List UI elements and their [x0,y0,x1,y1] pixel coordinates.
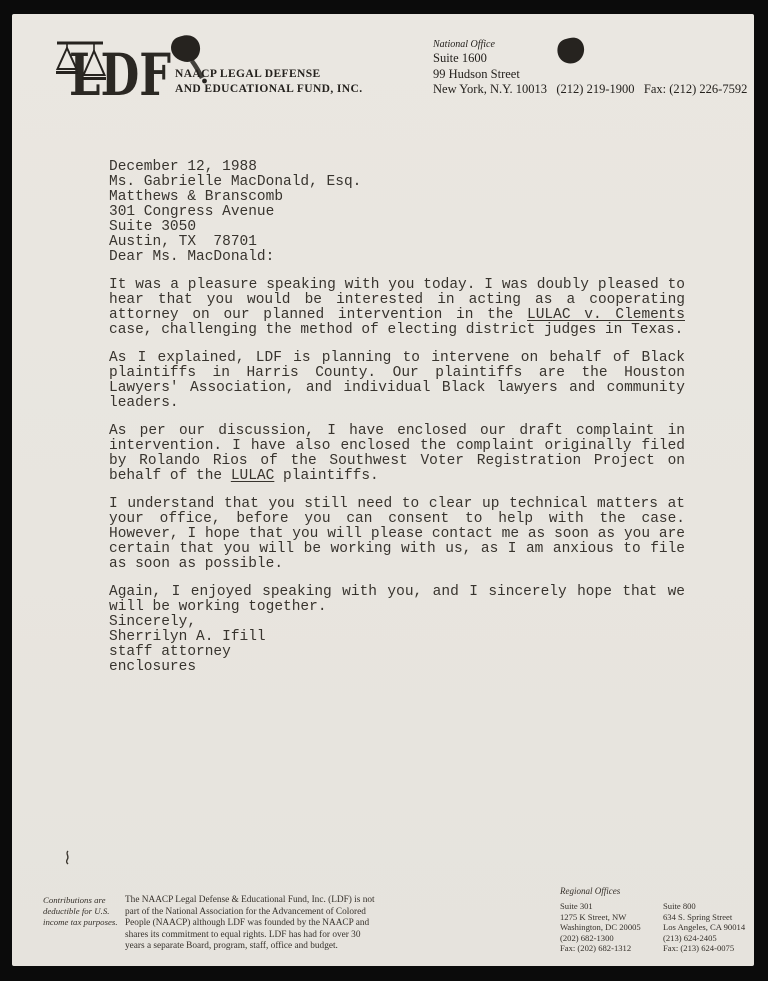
national-office-block: National Office Suite 1600 99 Hudson Str… [433,38,747,98]
text-line: Suite 301 [560,901,651,912]
signature-title: staff attorney [109,645,685,660]
letter-paragraph: I understand that you still need to clea… [109,497,685,572]
regional-office-losangeles: Suite 800634 S. Spring StreetLos Angeles… [663,901,754,954]
text-line: Fax: (202) 682-1312 [560,943,651,954]
scan-background: { "letterhead": { "logo_text": "LDF", "o… [0,0,768,981]
letter-body: December 12, 1988 Ms. Gabrielle MacDonal… [109,160,685,675]
org-name: NAACP LEGAL DEFENSE AND EDUCATIONAL FUND… [175,67,363,97]
text-line: 634 S. Spring Street [663,912,754,923]
text-line: Ms. Gabrielle MacDonald, Esq. [109,175,685,190]
paragraph-text: plaintiffs. [274,468,378,484]
regional-offices-block: Regional Offices Suite 3011275 K Street,… [560,886,754,954]
org-name-line2: AND EDUCATIONAL FUND, INC. [175,82,363,97]
text-line: (213) 624-2405 [663,933,754,944]
text-line: Suite 800 [663,901,754,912]
paragraph-text: I understand that you still need to clea… [109,496,685,572]
office-suite: Suite 1600 [433,51,747,67]
ink-blot-header [555,37,587,67]
footer-disclaimer: The NAACP Legal Defense & Educational Fu… [125,895,379,953]
letter-paragraph: Again, I enjoyed speaking with you, and … [109,585,685,615]
text-line: Washington, DC 20005 [560,922,651,933]
paragraph-text: Again, I enjoyed speaking with you, and … [109,584,685,615]
office-city-phone-fax: New York, N.Y. 10013 (212) 219-1900 Fax:… [433,82,747,98]
ldf-scales-logo: LDF [55,38,173,102]
letter-date: December 12, 1988 [109,160,685,175]
letter-paragraph: As per our discussion, I have enclosed o… [109,424,685,484]
regional-offices-label: Regional Offices [560,886,754,896]
paragraph-text: As I explained, LDF is planning to inter… [109,350,685,411]
ldf-logo-graphic: LDF [55,38,173,102]
text-line: 1275 K Street, NW [560,912,651,923]
national-office-label: National Office [433,38,747,51]
salutation: Dear Ms. MacDonald: [109,250,685,265]
signature-name: Sherrilyn A. Ifill [109,630,685,645]
text-line: Los Angeles, CA 90014 [663,922,754,933]
text-line: Austin, TX 78701 [109,235,685,250]
text-line: (202) 682-1300 [560,933,651,944]
text-line: 301 Congress Avenue [109,205,685,220]
paragraph-text: As per our discussion, I have enclosed o… [109,423,685,484]
text-line: Matthews & Branscomb [109,190,685,205]
letter-paragraph: It was a pleasure speaking with you toda… [109,278,685,338]
text-line: Fax: (213) 624-0075 [663,943,754,954]
pen-mark [62,850,74,866]
text-line: Suite 3050 [109,220,685,235]
enclosures-note: enclosures [109,660,685,675]
regional-office-washington: Suite 3011275 K Street, NWWashington, DC… [560,901,651,954]
org-name-line1: NAACP LEGAL DEFENSE [175,67,363,82]
letter-page: LDF NAACP LEGAL DEFENSE AND EDUCATIONAL … [12,14,754,966]
letter-paragraphs: It was a pleasure speaking with you toda… [109,278,685,615]
contributions-note: Contributions are deductible for U.S. in… [43,895,127,928]
case-citation: LULAC [231,468,275,484]
signature-block: Sherrilyn A. Ifill staff attorney [109,630,685,660]
letter-paragraph: As I explained, LDF is planning to inter… [109,351,685,411]
recipient-address: Ms. Gabrielle MacDonald, Esq.Matthews & … [109,175,685,250]
closing: Sincerely, [109,615,685,630]
case-citation: LULAC v. Clements [527,307,685,323]
paragraph-text: case, challenging the method of electing… [109,322,683,338]
office-street: 99 Hudson Street [433,67,747,83]
